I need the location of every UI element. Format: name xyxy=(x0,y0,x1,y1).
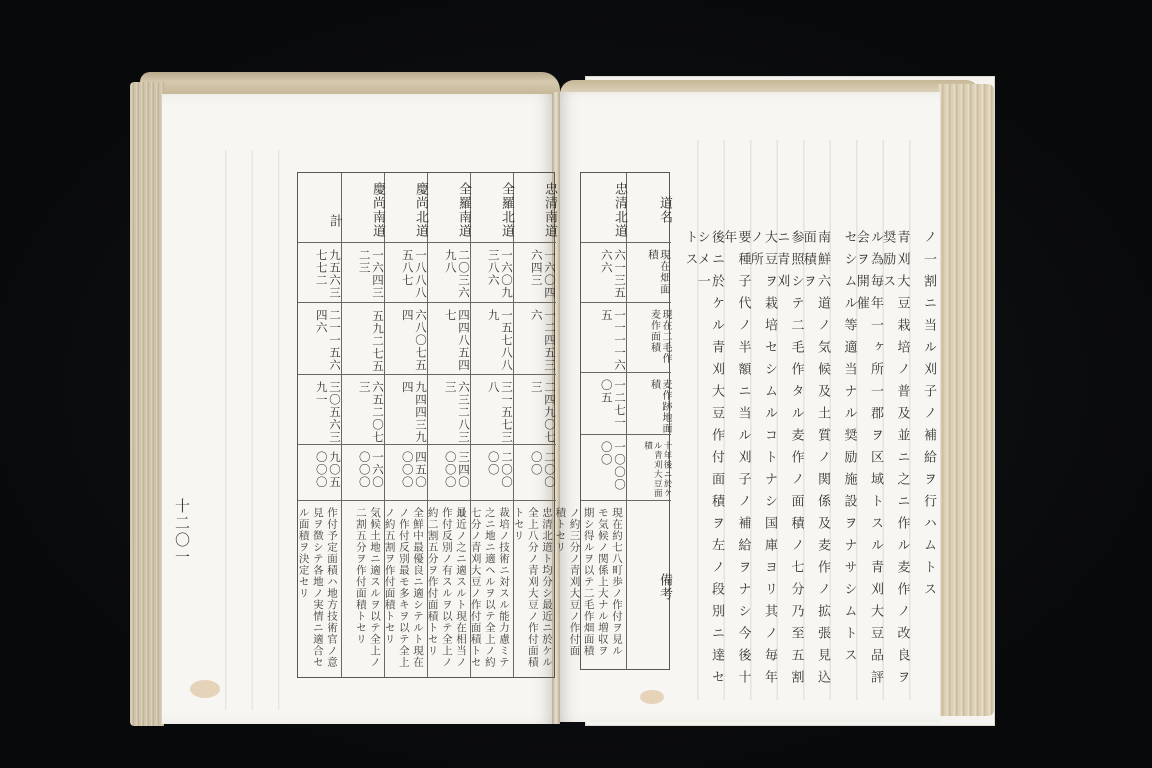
table-cell: 三四〇〇〇〇 xyxy=(428,445,470,501)
table-cell: 五九二七五 xyxy=(342,303,384,375)
right-table: 道名 現在畑面積 現在二毛作麦作面積 麦作跡地面積 十年後ニ於ケル青刈大豆面積 … xyxy=(580,172,670,670)
column-header-total: 計 xyxy=(298,173,341,243)
table-cell: 一〇〇〇〇〇 xyxy=(581,435,626,501)
text-column: 南鮮六道ノ気候及土質ノ関係及麦作ノ拡張見込面積ヲ xyxy=(803,226,830,706)
table-cell: 二〇〇〇〇 xyxy=(514,445,556,501)
header-column: 道名 現在畑面積 現在二毛作麦作面積 麦作跡地面積 十年後ニ於ケル青刈大豆面積 … xyxy=(626,173,671,669)
table-cell: 九五六三七七二 xyxy=(298,243,341,303)
left-page-stack-edge xyxy=(130,82,164,726)
table-column: 忠清南道 一六〇四六四三 一二四五三六 二四九〇七三 二〇〇〇〇 忠清北道ト均分… xyxy=(513,173,556,677)
table-cell: 六一三五六六 xyxy=(581,243,626,303)
paper-stain xyxy=(640,690,664,704)
column-header: 慶尚北道 xyxy=(385,173,427,243)
text-column: セシムル等適当ナル奨励施設ヲナサシムトス xyxy=(829,226,856,706)
table-column: 全羅北道 一六〇九三八六 一五七八八九 三一五七三八 二〇〇〇〇 裁培ノ技術ニ対… xyxy=(470,173,513,677)
text-column: トス xyxy=(670,226,697,706)
ruled-lines-left xyxy=(200,150,295,710)
header-remarks: 備考 xyxy=(627,501,671,669)
data-column: 忠清北道 六一三五六六 一一一一六五 一二七一〇五 一〇〇〇〇〇 現在約七八町歩… xyxy=(581,173,626,669)
column-header: 全羅北道 xyxy=(471,173,513,243)
table-cell: 一五七八八九 xyxy=(471,303,513,375)
table-cell: 四五〇〇〇〇 xyxy=(385,445,427,501)
text-column: 参照シテ二毛作タル麦作ノ面積ノ七分乃至五割ニ青刈 xyxy=(776,226,803,706)
page-number: 十二〇一 xyxy=(172,498,193,566)
text-column: 青刈大豆栽培ノ普及並ニ之ニ作ル麦作ノ改良ヲ奨励ス xyxy=(882,226,909,706)
table-cell: 一六〇九三八六 xyxy=(471,243,513,303)
table-cell: 四四八五四七 xyxy=(428,303,470,375)
left-page-stack-top xyxy=(140,72,560,96)
table-cell: 一八八八五八七 xyxy=(385,243,427,303)
remark-cell: 気候土地ニ適スルヲ以テ全上ノ二割五分ヲ作付面積トセリ xyxy=(342,501,384,677)
table-cell: 一一一一六五 xyxy=(581,303,626,373)
row-name: 忠清北道 xyxy=(581,173,626,243)
table-cell: 九四四三九四 xyxy=(385,375,427,445)
text-column: 大豆ヲ栽培セシムルコトナシ国庫ヨリ其ノ毎年ノ所 xyxy=(750,226,777,706)
text-column: ル為毎年一ヶ所一郡ヲ区域トスル青刈大豆品評会ヲ開催 xyxy=(856,226,883,706)
remark-cell: 裁培ノ技術ニ対スル能力慮ミテ之ニ地ニ適ヘルヲ以テ全上ノ約七分ノ青刈大豆ノ作付面積… xyxy=(471,501,513,677)
table-cell: 三一五七三八 xyxy=(471,375,513,445)
header-projected-area: 十年後ニ於ケル青刈大豆面積 xyxy=(627,435,671,501)
table-cell: 九〇五〇〇〇 xyxy=(298,445,341,501)
table-cell: 二一一五六四六 xyxy=(298,303,341,375)
table-cell: 六三二八三三 xyxy=(428,375,470,445)
table-cell: 二〇三六九八 xyxy=(428,243,470,303)
table-cell: 一二七一〇五 xyxy=(581,373,626,435)
column-header: 全羅南道 xyxy=(428,173,470,243)
table-column: 慶尚北道 一八八八五八七 六八〇七五四 九四四三九四 四五〇〇〇〇 全鮮中最優良… xyxy=(384,173,427,677)
paper-stain xyxy=(190,680,220,698)
header-double-crop-area: 現在二毛作麦作面積 xyxy=(627,303,671,373)
table-cell: 二〇〇〇〇 xyxy=(471,445,513,501)
table-cell: 一六〇四六四三 xyxy=(514,243,556,303)
right-page-body: ノ一割ニ当ル刈子ノ補給ヲ行ハムトス 青刈大豆栽培ノ普及並ニ之ニ作ル麦作ノ改良ヲ奨… xyxy=(670,226,935,706)
remark-cell: 作付予定面積ハ地方技術官ノ意見ヲ徴シテ各地ノ実情ニ適合セル面積ヲ決定セリ xyxy=(298,501,341,677)
text-column: ノ一割ニ当ル刈子ノ補給ヲ行ハムトス xyxy=(909,226,936,706)
table-cell: 六五二〇七三 xyxy=(342,375,384,445)
right-page-stack-edge xyxy=(938,84,994,716)
table-column: 全羅南道 二〇三六九八 四四八五四七 六三二八三三 三四〇〇〇〇 最近ノ之ニ適ス… xyxy=(427,173,470,677)
table-cell: 一六四三二三 xyxy=(342,243,384,303)
remark-cell: 忠清北道ト均分シ最近ニ於ケル全上八分ノ青刈大豆ノ作付面積トセリ xyxy=(514,501,556,677)
header-wheat-trace-area: 麦作跡地面積 xyxy=(627,373,671,435)
table-column-total: 計 九五六三七七二 二一一五六四六 三〇五六三九一 九〇五〇〇〇 作付予定面積ハ… xyxy=(298,173,341,677)
header-road-name: 道名 xyxy=(627,173,671,243)
left-table: 忠清南道 一六〇四六四三 一二四五三六 二四九〇七三 二〇〇〇〇 忠清北道ト均分… xyxy=(297,172,555,678)
remark-cell: 現在約七八町歩ノ作付ヲ見ルモ気候ノ関係上大ナル増収ヲ期シ得ルヲ以テ二毛作畑面積ノ… xyxy=(581,501,626,669)
text-column: 後ニ於ケル青刈大豆作付面積ヲ左ノ段別ニ達セシメ一 xyxy=(697,226,724,706)
table-cell: 二四九〇七三 xyxy=(514,375,556,445)
text-column: 要種子代ノ半額ニ当ル刈子ノ補給ヲナシ今後十年 xyxy=(723,226,750,706)
remark-cell: 最近ノ之ニ適スルト現在相当ノ作付反別ノ有スルヲ以テ全上ノ約二割五分ヲ作付面積トセ… xyxy=(428,501,470,677)
table-cell: 六八〇七五四 xyxy=(385,303,427,375)
table-cell: 一二四五三六 xyxy=(514,303,556,375)
header-field-area: 現在畑面積 xyxy=(627,243,671,303)
column-header: 忠清南道 xyxy=(514,173,556,243)
table-column: 慶尚南道 一六四三二三 五九二七五 六五二〇七三 一六〇〇〇〇 気候土地ニ適スル… xyxy=(341,173,384,677)
remark-cell: 全鮮中最優良ニ適シテルト現在ノ作付反別最モ多キヲ以テ全上ノ約五割ヲ作付面積トセリ xyxy=(385,501,427,677)
table-cell: 一六〇〇〇〇 xyxy=(342,445,384,501)
table-cell: 三〇五六三九一 xyxy=(298,375,341,445)
column-header: 慶尚南道 xyxy=(342,173,384,243)
